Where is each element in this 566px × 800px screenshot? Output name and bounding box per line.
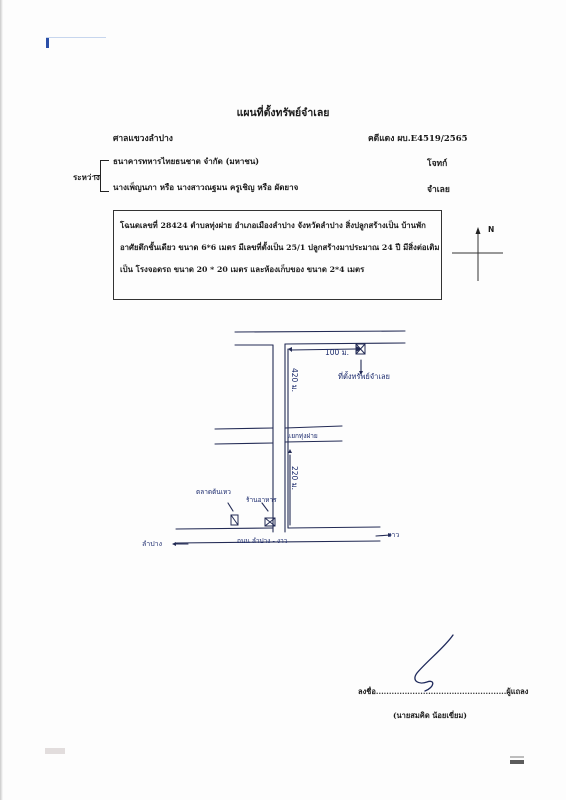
main-road-label: ถนน ลำปาง - งาว: [237, 536, 287, 546]
signature-line: ลงชื่อ..................................…: [358, 686, 528, 698]
scan-artifact-mark: [46, 38, 49, 48]
distance-lower-label: 220 ม.: [288, 466, 300, 490]
description-line: อาศัยตึกชั้นเดียว ขนาด 6*6 เมตร มีเลขที่…: [120, 237, 435, 259]
location-map: [130, 325, 410, 560]
junction-label: แยกทุ่งฝาย: [287, 431, 318, 441]
scan-smudge: [45, 748, 65, 754]
signatory-name: (นายสมคิด น้อยเขี่ยม): [393, 710, 467, 722]
property-location-label: ที่ตั้งทรัพย์จำเลย: [338, 371, 390, 383]
case-number: คดีแดง ผบ.E4519/2565: [368, 131, 468, 145]
description-line: เป็น โรงจอดรถ ขนาด 20 * 20 เมตร และห้องเ…: [120, 259, 435, 281]
defendant-name: นางเพ็ญนภา หรือ นางสาวณฐมน ครูเชิญ หรือ …: [113, 181, 298, 194]
plaintiff-name: ธนาคารทหารไทยธนชาต จำกัด (มหาชน): [113, 155, 259, 168]
scan-artifact-line: [46, 37, 106, 38]
right-destination-label: งาว: [388, 530, 399, 541]
property-description-box: โฉนดเลขที่ 28424 ตำบลทุ่งฝาย อำเภอเมืองล…: [113, 210, 442, 300]
plaintiff-role: โจทก์: [427, 156, 447, 170]
left-destination-label: ลำปาง: [142, 539, 162, 550]
scanner-stamp: [510, 760, 524, 764]
scanned-document-page: แผนที่ตั้งทรัพย์จำเลย ศาลแขวงลำปาง คดีแด…: [0, 0, 566, 800]
between-label: ระหว่าง: [73, 171, 100, 184]
scanner-stamp: [510, 756, 524, 758]
party-brace: [100, 160, 109, 192]
distance-top-label: 100 ม.: [325, 347, 349, 359]
distance-upper-label: 420 ม.: [288, 368, 300, 392]
court-name: ศาลแขวงลำปาง: [113, 131, 173, 145]
compass-label: N: [488, 225, 494, 234]
landmark-label: ตลาดต้นเหว: [196, 487, 231, 497]
description-line: โฉนดเลขที่ 28424 ตำบลทุ่งฝาย อำเภอเมืองล…: [120, 215, 435, 237]
landmark-label: ร้านอาหาร: [246, 495, 277, 505]
compass-north-icon: [450, 225, 505, 283]
document-title: แผนที่ตั้งทรัพย์จำเลย: [0, 104, 566, 121]
defendant-role: จำเลย: [427, 182, 450, 196]
